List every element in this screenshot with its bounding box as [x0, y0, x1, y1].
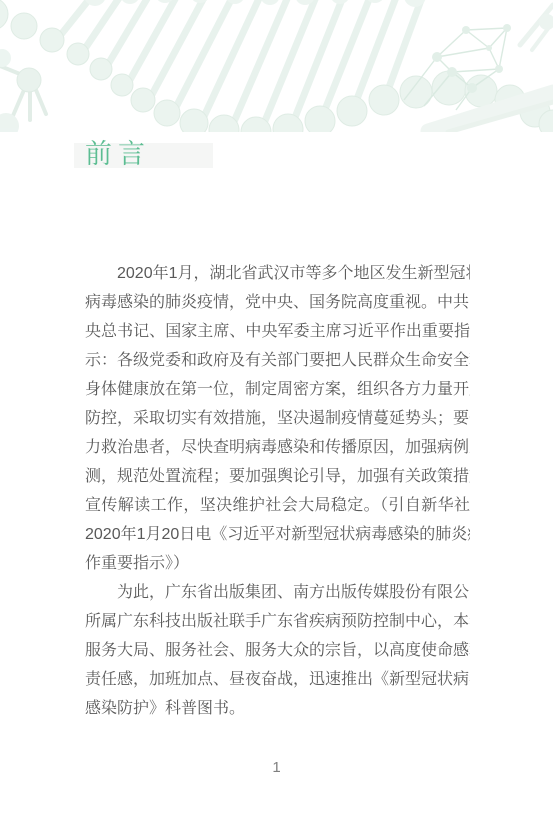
text-line: 服务大局、服务社会、服务大众的宗旨，以高度使命感和: [85, 636, 470, 665]
text-line: 防控，采取切实有效措施，坚决遏制疫情蔓延势头；要全: [85, 404, 470, 433]
dna-banner-illustration: [0, 0, 553, 132]
page-number: 1: [0, 759, 553, 776]
page-title: 前言: [85, 137, 151, 171]
text-line: 身体健康放在第一位，制定周密方案，组织各方力量开展: [85, 375, 470, 404]
text-line: 2020年1月20日电《习近平对新型冠状病毒感染的肺炎疫情: [85, 520, 470, 549]
text-line: 责任感，加班加点、昼夜奋战，迅速推出《新型冠状病毒: [85, 665, 470, 694]
text-line: 央总书记、国家主席、中央军委主席习近平作出重要指: [85, 317, 470, 346]
text-line: 力救治患者，尽快查明病毒感染和传播原因，加强病例监: [85, 433, 470, 462]
text-line: 作重要指示》）: [85, 549, 470, 578]
text-line: 病毒感染的肺炎疫情，党中央、国务院高度重视。中共中: [85, 288, 470, 317]
text-line: 宣传解读工作，坚决维护社会大局稳定。（引自新华社: [85, 491, 470, 520]
text-line: 测，规范处置流程；要加强舆论引导，加强有关政策措施: [85, 462, 470, 491]
book-page: 前言 2020年1月，湖北省武汉市等多个地区发生新型冠状病毒感染的肺炎疫情，党中…: [0, 0, 553, 818]
text-line: 所属广东科技出版社联手广东省疾病预防控制中心，本着: [85, 607, 470, 636]
text-line: 2020年1月，湖北省武汉市等多个地区发生新型冠状: [85, 259, 470, 288]
text-line: 感染防护》科普图书。: [85, 694, 470, 723]
molecule-left: [0, 49, 46, 132]
body-text: 2020年1月，湖北省武汉市等多个地区发生新型冠状病毒感染的肺炎疫情，党中央、国…: [85, 259, 470, 723]
text-line: 为此，广东省出版集团、南方出版传媒股份有限公司: [85, 578, 470, 607]
text-line: 示：各级党委和政府及有关部门要把人民群众生命安全和: [85, 346, 470, 375]
